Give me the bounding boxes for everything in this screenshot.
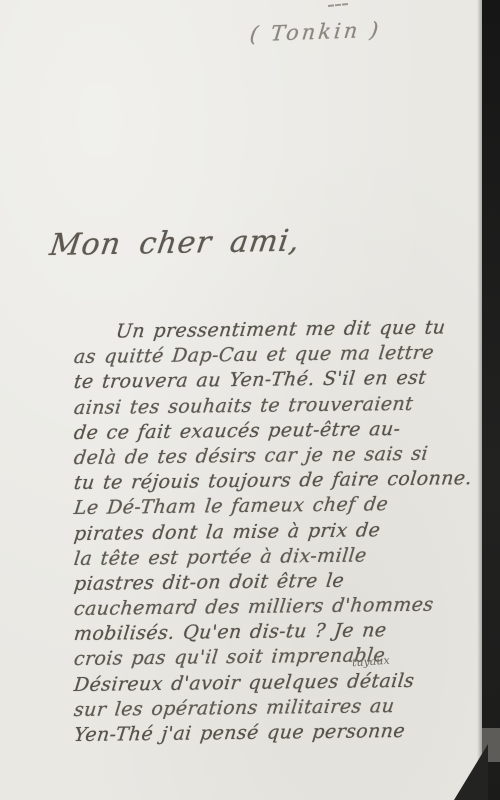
letter-body: Un pressentiment me dit que tu as quitté… bbox=[74, 320, 488, 748]
salutation: Mon cher ami, bbox=[48, 224, 303, 263]
scan-corner-wedge bbox=[454, 744, 488, 800]
interlinear-note: tuyaux bbox=[352, 654, 390, 670]
location-annotation: ( Tonkin ) bbox=[249, 18, 383, 47]
letter-page: ( Tonkin ) Mon cher ami, Un pressentimen… bbox=[0, 0, 500, 800]
pencil-mark bbox=[328, 3, 348, 7]
letter-line: Yen-Thé j'ai pensé que personne bbox=[73, 718, 490, 748]
